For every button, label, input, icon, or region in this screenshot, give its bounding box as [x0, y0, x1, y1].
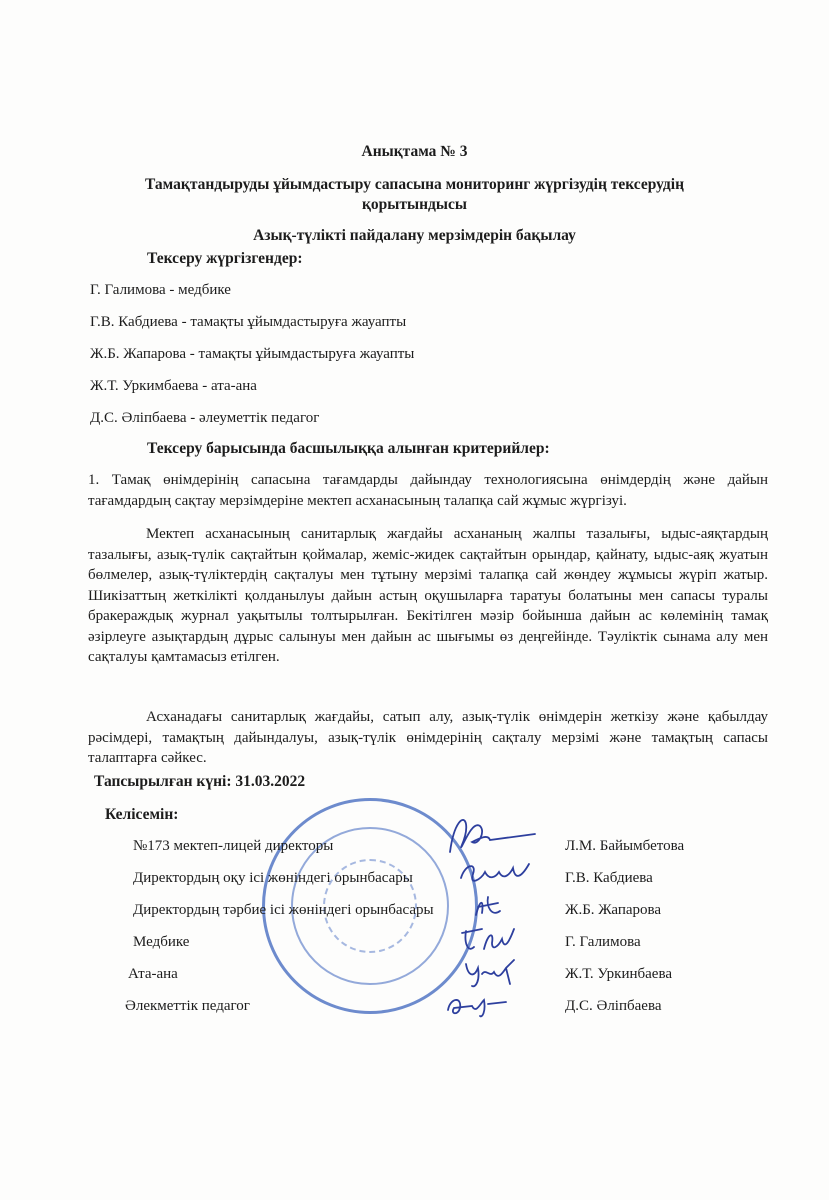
criteria-item-1: 1. Тамақ өнімдерінің сапасына тағамдарды… — [88, 470, 768, 511]
signatory-name: Г. Галимова — [565, 934, 641, 951]
signature-director — [440, 812, 540, 862]
signature-urkinbaeva — [460, 956, 520, 990]
inspector-item: Ж.Б. Жапарова - тамақты ұйымдастыруға жа… — [90, 346, 414, 363]
signatory-position: Медбике — [133, 934, 189, 951]
signatory-name: Ж.Т. Уркинбаева — [565, 966, 672, 983]
submitted-date: Тапсырылған күні: 31.03.2022 — [94, 773, 305, 791]
agreed-heading: Келісемін: — [105, 806, 178, 824]
inspector-item: Г.В. Кабдиева - тамақты ұйымдастыруға жа… — [90, 314, 406, 331]
document-topic: Азық-түлікті пайдалану мерзімдерін бақыл… — [0, 227, 829, 245]
paragraph-compliance: Асханадағы санитарлық жағдайы, сатып алу… — [88, 707, 768, 769]
document-title: Анықтама № 3 — [0, 143, 829, 161]
signatory-name: Г.В. Кабдиева — [565, 870, 653, 887]
signatory-name: Д.С. Әліпбаева — [565, 998, 662, 1015]
signatory-name: Л.М. Байымбетова — [565, 838, 684, 855]
signatory-position: Ата-ана — [128, 966, 178, 983]
signatory-position: Директордың тәрбие ісі жөніндегі орынбас… — [133, 902, 434, 919]
inspector-item: Д.С. Әліпбаева - әлеуметтік педагог — [90, 410, 319, 427]
criteria-heading: Тексеру барысында басшылыққа алынған кри… — [147, 440, 550, 458]
signatory-position: №173 мектеп-лицей директоры — [133, 838, 333, 855]
signature-alipbaeva — [442, 990, 512, 1020]
signature-kabdieva — [455, 858, 535, 894]
document-subtitle-line2: қорытындысы — [0, 196, 829, 214]
paragraph-sanitary-condition: Мектеп асханасының санитарлық жағдайы ас… — [88, 524, 768, 668]
signature-galimova — [458, 923, 518, 957]
signatory-name: Ж.Б. Жапарова — [565, 902, 661, 919]
signature-zhaparova — [470, 893, 506, 923]
signatory-position: Әлекметтік педагог — [125, 998, 250, 1015]
inspector-item: Ж.Т. Уркимбаева - ата-ана — [90, 378, 257, 395]
document-subtitle-line1: Тамақтандыруды ұйымдастыру сапасына мони… — [0, 176, 829, 194]
inspectors-heading: Тексеру жүргізгендер: — [147, 250, 303, 268]
signatory-position: Директордың оқу ісі жөніндегі орынбасары — [133, 870, 413, 887]
inspector-item: Г. Галимова - медбике — [90, 282, 231, 299]
